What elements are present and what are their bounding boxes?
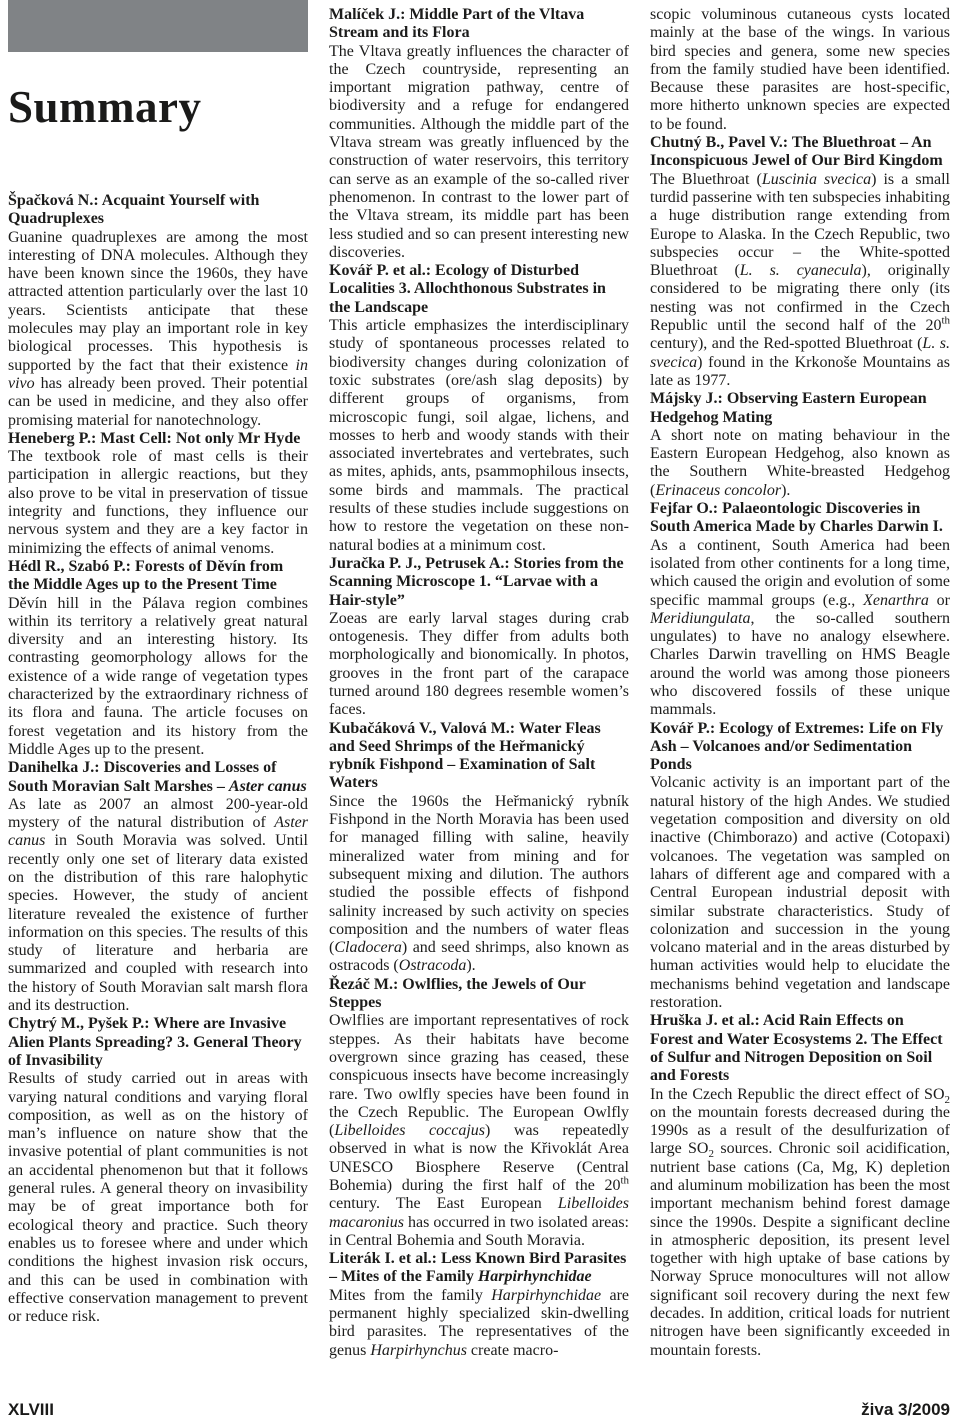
article-paragraph: scopic voluminous cutaneous cysts locate… bbox=[650, 6, 950, 134]
page-footer: XLVIII živa 3/2009 bbox=[8, 1400, 950, 1420]
article-heading: Hédl R., Szabó P.: Forests of Děvín from… bbox=[8, 558, 308, 595]
article-paragraph: Results of study carried out in areas wi… bbox=[8, 1070, 308, 1326]
summary-column-1: Summary Špačková N.: Acquaint Yourself w… bbox=[8, 0, 308, 1398]
journal-issue: živa 3/2009 bbox=[861, 1400, 950, 1420]
article-heading: Fejfar O.: Palaeontologic Discoveries in… bbox=[650, 500, 950, 537]
article-heading: Chytrý M., Pyšek P.: Where are Invasive … bbox=[8, 1015, 308, 1070]
article-heading: Řezáč M.: Owlflies, the Jewels of Our St… bbox=[329, 976, 629, 1013]
article-heading: Heneberg P.: Mast Cell: Not only Mr Hyde bbox=[8, 430, 308, 448]
article-paragraph: The Vltava greatly influences the charac… bbox=[329, 43, 629, 263]
article-paragraph: As a continent, South America had been i… bbox=[650, 537, 950, 720]
page-title: Summary bbox=[8, 82, 308, 132]
article-heading: Chutný B., Pavel V.: The Bluethroat – An… bbox=[650, 134, 950, 171]
article-paragraph: Volcanic activity is an important part o… bbox=[650, 774, 950, 1012]
article-paragraph: Since the 1960s the Heřmanický rybník Fi… bbox=[329, 793, 629, 976]
article-heading: Literák I. et al.: Less Known Bird Paras… bbox=[329, 1250, 629, 1287]
article-paragraph: In the Czech Republic the direct effect … bbox=[650, 1086, 950, 1360]
article-heading: Májsky J.: Observing Eastern European He… bbox=[650, 390, 950, 427]
article-heading: Kubačáková V., Valová M.: Water Fleas an… bbox=[329, 720, 629, 793]
article-paragraph: The textbook role of mast cells is their… bbox=[8, 448, 308, 558]
article-paragraph: As late as 2007 an almost 200-year-old m… bbox=[8, 796, 308, 1016]
image-placeholder bbox=[8, 0, 308, 52]
article-heading: Malíček J.: Middle Part of the Vltava St… bbox=[329, 6, 629, 43]
article-paragraph: The Bluethroat (Luscinia svecica) is a s… bbox=[650, 171, 950, 391]
article-paragraph: Owlflies are important representatives o… bbox=[329, 1012, 629, 1250]
article-heading: Danihelka J.: Discoveries and Losses of … bbox=[8, 759, 308, 796]
article-paragraph: Guanine quadruplexes are among the most … bbox=[8, 229, 308, 430]
article-paragraph: A short note on mating behaviour in the … bbox=[650, 427, 950, 500]
summary-page: Summary Špačková N.: Acquaint Yourself w… bbox=[0, 0, 960, 1398]
article-heading: Hruška J. et al.: Acid Rain Effects on F… bbox=[650, 1012, 950, 1085]
article-paragraph: This article emphasizes the interdiscipl… bbox=[329, 317, 629, 555]
article-heading: Špačková N.: Acquaint Yourself with Quad… bbox=[8, 192, 308, 229]
page-number: XLVIII bbox=[8, 1400, 54, 1420]
article-heading: Juračka P. J., Petrusek A.: Stories from… bbox=[329, 555, 629, 610]
article-heading: Kovář P.: Ecology of Extremes: Life on F… bbox=[650, 720, 950, 775]
article-paragraph: Zoeas are early larval stages during cra… bbox=[329, 610, 629, 720]
article-paragraph: Děvín hill in the Pálava region combines… bbox=[8, 595, 308, 760]
article-paragraph: Mites from the family Harpirhynchidae ar… bbox=[329, 1287, 629, 1360]
article-heading: Kovář P. et al.: Ecology of Disturbed Lo… bbox=[329, 262, 629, 317]
summary-column-2: Malíček J.: Middle Part of the Vltava St… bbox=[329, 0, 629, 1398]
summary-column-3: scopic voluminous cutaneous cysts locate… bbox=[650, 0, 950, 1398]
